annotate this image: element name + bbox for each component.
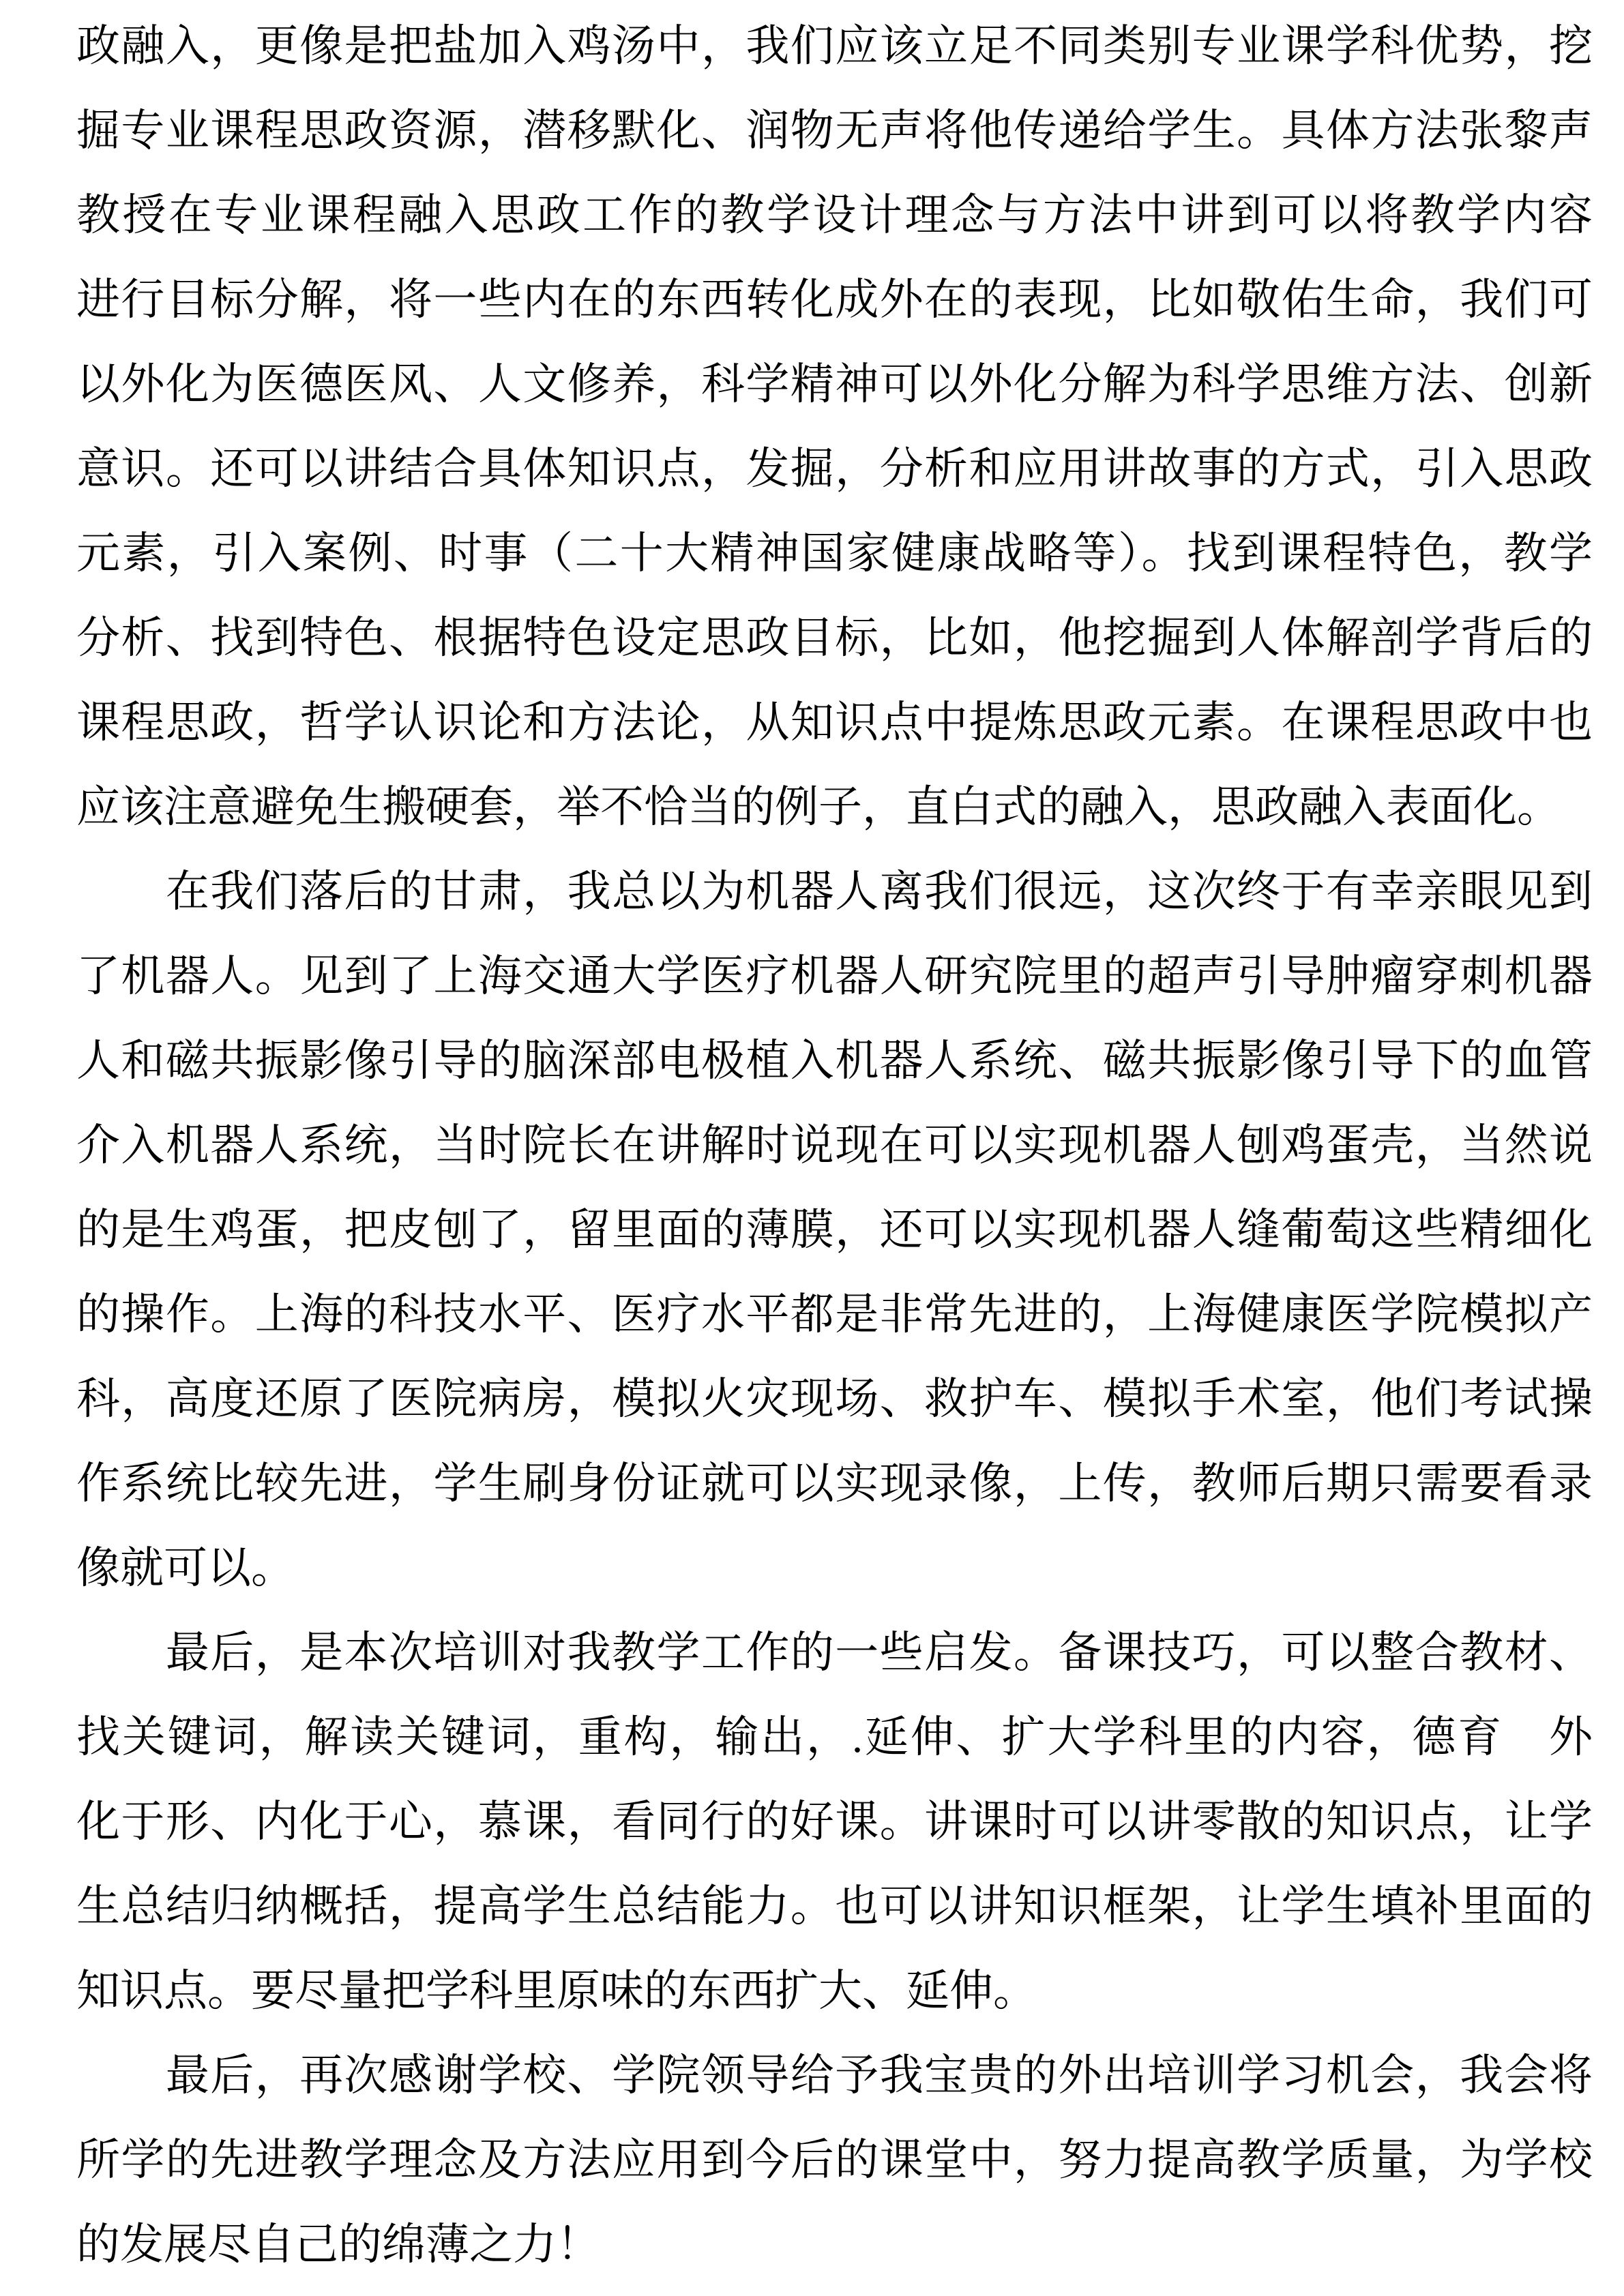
text-line: 最后，再次感谢学校、学院领导给予我宝贵的外出培训学习机会，我会将	[76, 2033, 1593, 2118]
text-line: 的是生鸡蛋，把皮刨了，留里面的薄膜，还可以实现机器人缝葡萄这些精细化	[76, 1188, 1593, 1272]
text-line: 介入机器人系统，当时院长在讲解时说现在可以实现机器人刨鸡蛋壳，当然说	[76, 1103, 1593, 1188]
text-line: 政融入，更像是把盐加入鸡汤中，我们应该立足不同类别专业课学科优势，挖	[76, 4, 1593, 89]
text-line: 进行目标分解，将一些内在的东西转化成外在的表现，比如敬佑生命，我们可	[76, 258, 1593, 342]
text-line: 人和磁共振影像引导的脑深部电极植入机器人系统、磁共振影像引导下的血管	[76, 1019, 1593, 1103]
text-line: 分析、找到特色、根据特色设定思政目标，比如，他挖掘到人体解剖学背后的	[76, 596, 1593, 681]
text-line: 掘专业课程思政资源，潜移默化、润物无声将他传递给学生。具体方法张黎声	[76, 89, 1593, 173]
text-line: 知识点。要尽量把学科里原味的东西扩大、延伸。	[76, 1949, 1593, 2033]
text-line: 生总结归纳概括，提高学生总结能力。也可以讲知识框架，让学生填补里面的	[76, 1864, 1593, 1949]
text-line: 课程思政，哲学认识论和方法论，从知识点中提炼思政元素。在课程思政中也	[76, 681, 1593, 765]
document-page: 政融入，更像是把盐加入鸡汤中，我们应该立足不同类别专业课学科优势，挖 掘专业课程…	[0, 0, 1624, 2296]
text-line: 以外化为医德医风、人文修养，科学精神可以外化分解为科学思维方法、创新	[76, 342, 1593, 427]
text-line: 在我们落后的甘肃，我总以为机器人离我们很远，这次终于有幸亲眼见到	[76, 850, 1593, 934]
text-line: 像就可以。	[76, 1526, 1593, 1611]
text-line: 所学的先进教学理念及方法应用到今后的课堂中，努力提高教学质量，为学校	[76, 2118, 1593, 2203]
text-line: 教授在专业课程融入思政工作的教学设计理念与方法中讲到可以将教学内容	[76, 173, 1593, 258]
text-line: 了机器人。见到了上海交通大学医疗机器人研究院里的超声引导肿瘤穿刺机器	[76, 934, 1593, 1019]
text-line: 应该注意避免生搬硬套，举不恰当的例子，直白式的融入，思政融入表面化。	[76, 765, 1593, 850]
text-line: 意识。还可以讲结合具体知识点，发掘，分析和应用讲故事的方式，引入思政	[76, 427, 1593, 511]
text-line: 找关键词，解读关键词，重构，输出，.延伸、扩大学科里的内容，德育 外	[76, 1695, 1593, 1780]
text-line: 的发展尽自己的绵薄之力！	[76, 2203, 1593, 2287]
text-line: 最后，是本次培训对我教学工作的一些启发。备课技巧，可以整合教材、	[76, 1611, 1593, 1695]
text-line: 的操作。上海的科技水平、医疗水平都是非常先进的，上海健康医学院模拟产	[76, 1272, 1593, 1357]
text-line: 作系统比较先进，学生刷身份证就可以实现录像，上传，教师后期只需要看录	[76, 1442, 1593, 1526]
text-line: 化于形、内化于心，慕课，看同行的好课。讲课时可以讲零散的知识点，让学	[76, 1780, 1593, 1864]
text-line: 科，高度还原了医院病房，模拟火灾现场、救护车、模拟手术室，他们考试操	[76, 1357, 1593, 1442]
text-line: 元素，引入案例、时事（二十大精神国家健康战略等）。找到课程特色，教学	[76, 511, 1593, 596]
